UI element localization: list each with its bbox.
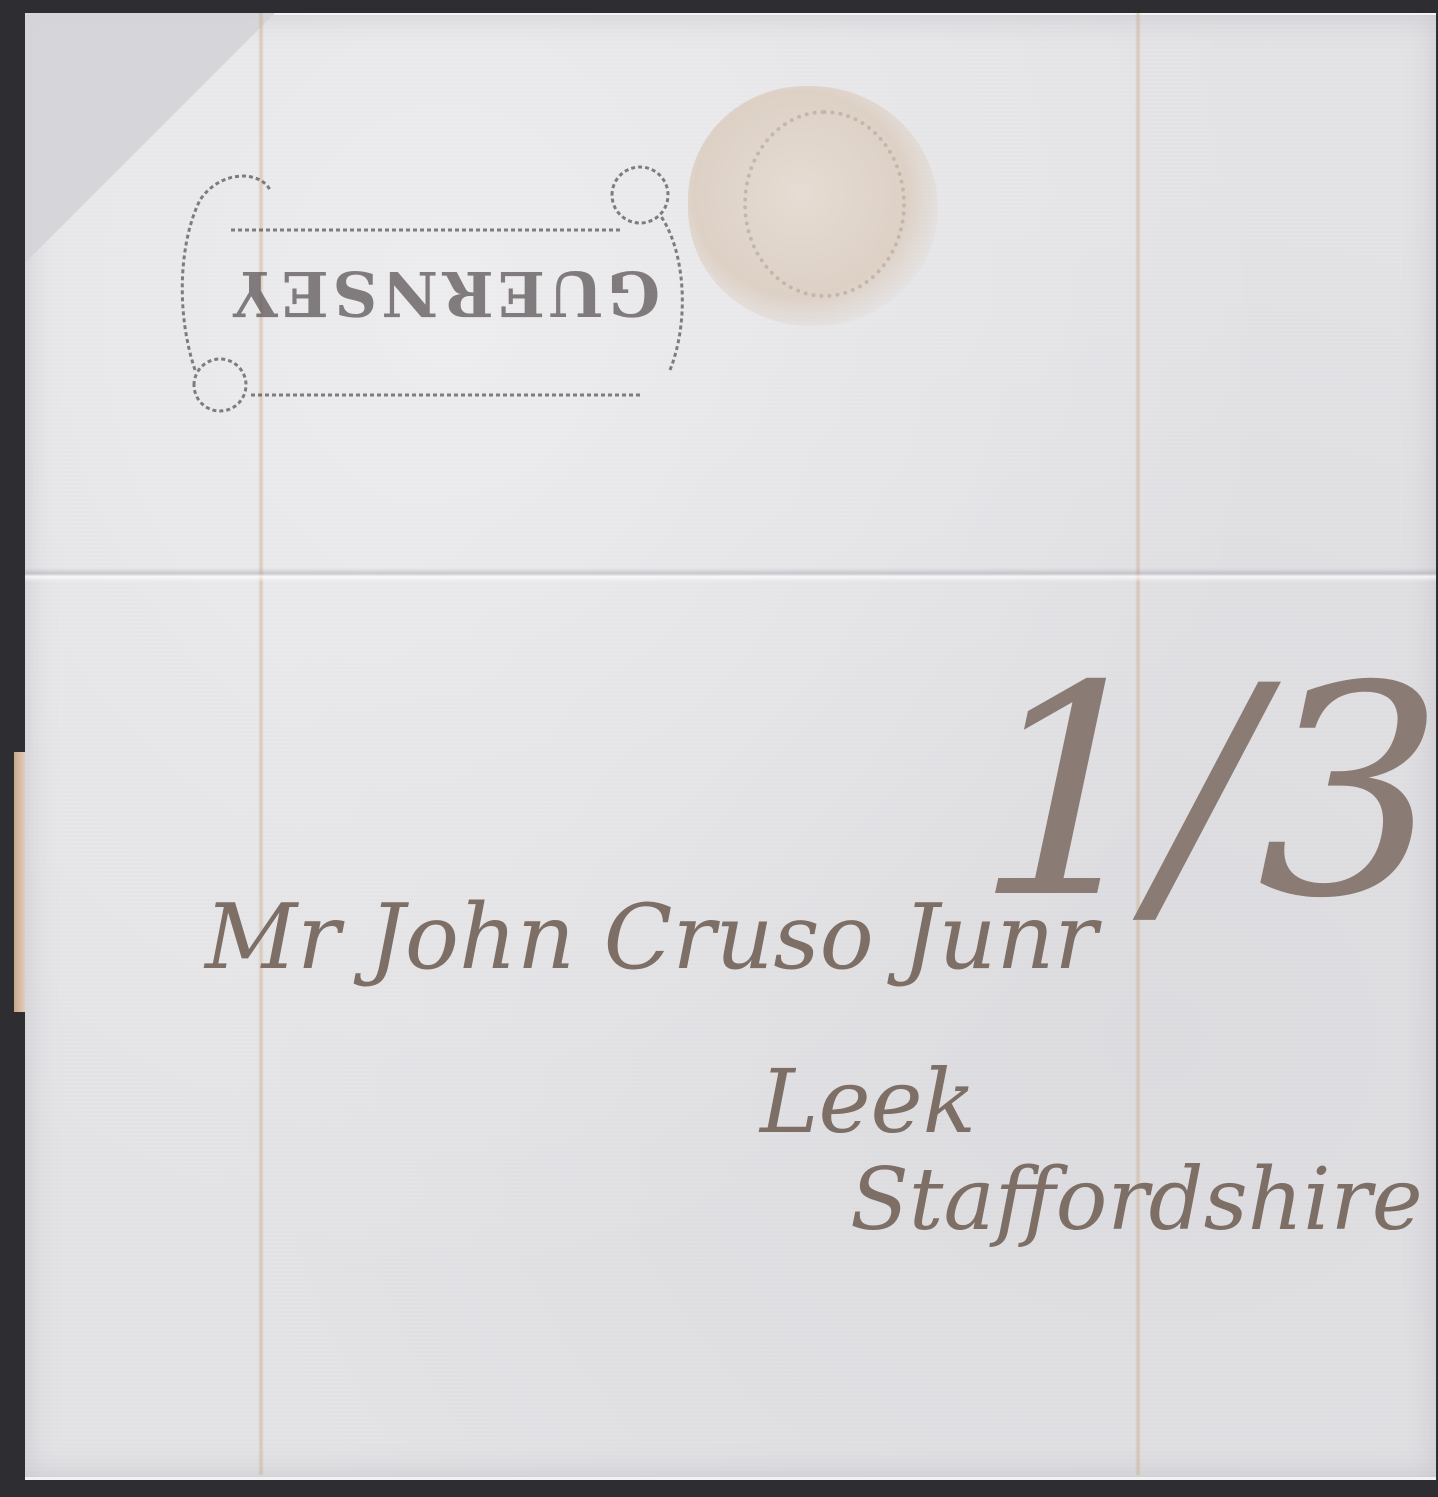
addressee-name: Mr John Cruso Junr	[205, 885, 1097, 990]
wax-seal-impression	[688, 86, 938, 326]
address-county: Staffordshire	[850, 1150, 1423, 1250]
horizontal-fold	[25, 568, 1436, 582]
address-town: Leek	[760, 1050, 976, 1153]
postmark-text: GUERNSEY	[260, 257, 660, 330]
guernsey-postmark: GUERNSEY	[160, 150, 700, 430]
